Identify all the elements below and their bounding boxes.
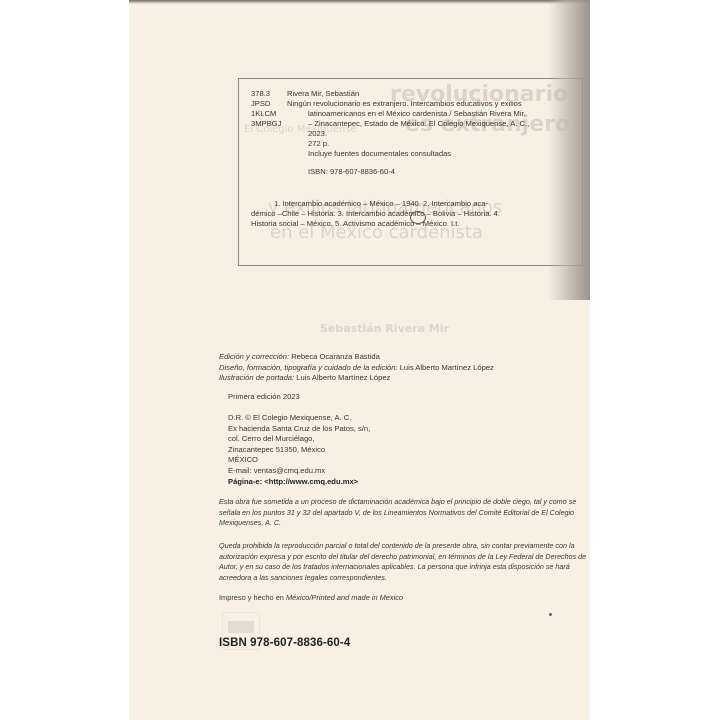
credit-name: Luis Alberto Martínez López — [400, 363, 494, 372]
printed-in-notice: Impreso y hecho en México/Printed and ma… — [219, 593, 403, 602]
catalog-record-box: 378.3 JPSD 1KLCM 3MPBGJ Rivera Mir, Seba… — [238, 78, 583, 266]
catalog-author: Rivera Mir, Sebastián — [287, 89, 529, 99]
dust-speck — [549, 613, 552, 616]
credits: Edición y corrección: Rebeca Ocaranza Ba… — [219, 352, 494, 384]
city-line: Zinacantepec 51350, México — [228, 445, 370, 456]
credit-name: Luis Alberto Martínez López — [296, 373, 390, 382]
credit-line: Ilustración de portada: Luis Alberto Mar… — [219, 373, 494, 384]
edition-notice: Primera edición 2023 — [228, 392, 300, 401]
catalog-note: Incluye fuentes documentales consultadas — [287, 149, 529, 159]
printed-italic: México/Printed and made in Mexico — [286, 593, 403, 602]
rights-line: D.R. © El Colegio Mexiquense, A. C. — [228, 413, 370, 424]
show-through-author: Sebastián Rivera Mir — [320, 322, 449, 335]
code: 378.3 — [251, 89, 281, 99]
page-curl-shadow — [548, 0, 590, 300]
copyright-notice: Queda prohibida la reproducción parcial … — [219, 541, 589, 583]
peer-review-notice: Esta obra fue sometida a un proceso de d… — [219, 497, 589, 529]
street-line: Ex hacienda Santa Cruz de los Patos, s/n… — [228, 424, 370, 435]
catalog-pages: 272 p. — [287, 139, 529, 149]
credit-line: Diseño, formación, tipografía y cuidado … — [219, 363, 494, 374]
classification-codes: 378.3 JPSD 1KLCM 3MPBGJ — [251, 89, 281, 129]
page-top-edge — [129, 0, 590, 4]
email-line: E-mail: ventas@cmq.edu.mx — [228, 466, 370, 477]
code: 1KLCM — [251, 109, 281, 119]
catalog-isbn: ISBN: 978-607-8836-60-4 — [287, 167, 529, 177]
catalog-imprint: – Zinacantepec, Estado de México: El Col… — [287, 119, 529, 129]
isbn-footer: ISBN 978-607-8836-60-4 — [219, 637, 350, 649]
credit-line: Edición y corrección: Rebeca Ocaranza Ba… — [219, 352, 494, 363]
credit-role: Edición y corrección: — [219, 352, 289, 361]
subjects-line: 1. Intercambio académico – México – 1940… — [251, 199, 500, 209]
catalog-entry: Rivera Mir, Sebastián Ningún revoluciona… — [287, 89, 529, 177]
credit-name: Rebeca Ocaranza Bastida — [291, 352, 380, 361]
country-line: MÉXICO — [228, 455, 370, 466]
website-line: Página-e: <http://www.cmq.edu.mx> — [228, 477, 370, 488]
credit-role: Diseño, formación, tipografía y cuidado … — [219, 363, 398, 372]
printed-prefix: Impreso y hecho en — [219, 593, 286, 602]
code: JPSD — [251, 99, 281, 109]
catalog-title: Ningún revolucionario es extranjero. Int… — [287, 99, 529, 109]
subjects-line: démico –Chile – Historia. 3. Intercambio… — [251, 209, 500, 219]
colony-line: col. Cerro del Murciélago, — [228, 434, 370, 445]
publisher-address: D.R. © El Colegio Mexiquense, A. C. Ex h… — [228, 413, 370, 487]
code: 3MPBGJ — [251, 119, 281, 129]
subjects-line: Historia social – México. 5. Activismo a… — [251, 219, 500, 229]
catalog-subjects: 1. Intercambio académico – México – 1940… — [251, 199, 500, 229]
catalog-title-cont: latinoamericanos en el México cardenista… — [287, 109, 529, 119]
credit-role: Ilustración de portada: — [219, 373, 294, 382]
catalog-year: 2023. — [287, 129, 529, 139]
pen-circle-mark — [410, 211, 426, 224]
